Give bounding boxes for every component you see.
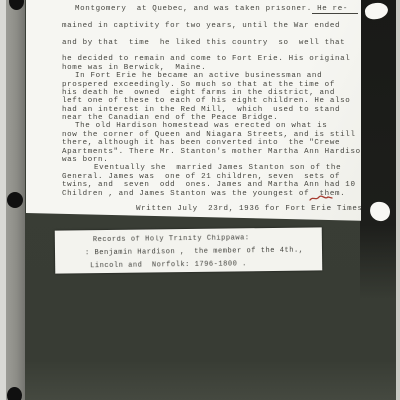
caption-clipping-strip: Records of Holy Trinity Chippawa: : Benj… bbox=[55, 227, 323, 273]
typed-line: and by that time he liked this country s… bbox=[62, 39, 358, 47]
typed-line: Apartments". There Mr. Stanton's mother … bbox=[62, 148, 358, 156]
caption-text: Records of Holy Trinity Chippawa: : Benj… bbox=[55, 231, 322, 273]
typed-line: near the Canadian end of the Peace Bridg… bbox=[62, 114, 358, 122]
typed-line: mained in captivity for two years, until… bbox=[62, 22, 358, 30]
typed-line-text: Montgomery at Quebec, and was taken pris… bbox=[62, 5, 312, 13]
typed-line: Montgomery at Quebec, and was taken pris… bbox=[62, 5, 358, 13]
hole-punch-bottom-left-icon bbox=[7, 387, 22, 400]
typed-line: In Fort Erie he became an active busines… bbox=[62, 72, 358, 80]
caption-line: Lincoln and Norfolk: 1796-1800 . bbox=[55, 257, 322, 273]
hole-punch-middle-left-icon bbox=[7, 192, 23, 208]
article-text: Montgomery at Quebec, and was taken pris… bbox=[62, 5, 358, 213]
typed-line: left one of these to each of his eight c… bbox=[62, 97, 358, 105]
typed-line: now the corner of Queen and Niagara Stre… bbox=[62, 131, 358, 139]
right-scan-edge bbox=[396, 0, 400, 400]
typed-line: prospered exceedingly. So much so that a… bbox=[62, 81, 358, 89]
typed-line: he decided to remain and come to Fort Er… bbox=[62, 55, 358, 63]
typed-line: The old Hardison homestead was erected o… bbox=[62, 122, 358, 130]
red-annotation-mark bbox=[309, 194, 333, 203]
article-byline: Written July 23rd, 1936 for Fort Erie Ti… bbox=[136, 205, 358, 213]
typed-line: was born. bbox=[62, 156, 358, 164]
typed-line: had an interest in the Red Mill, which u… bbox=[62, 106, 358, 114]
underlined-text: He re- bbox=[312, 5, 358, 14]
typed-line: his death he owned eight farms in the di… bbox=[62, 89, 358, 97]
typed-line: General. James was one of 21 children, s… bbox=[62, 173, 358, 181]
page-edge-shadow bbox=[360, 0, 396, 300]
typed-article-page: Montgomery at Quebec, and was taken pris… bbox=[26, 0, 361, 223]
typed-line: there, although it has been converted in… bbox=[62, 139, 358, 147]
typed-line: Eventually she married James Stanton son… bbox=[62, 164, 358, 172]
typed-line: home was in Berwick, Maine. bbox=[62, 64, 358, 72]
scanned-scrapbook-page: Montgomery at Quebec, and was taken pris… bbox=[0, 0, 400, 400]
typed-line: twins, and seven odd ones. James and Mar… bbox=[62, 181, 358, 189]
